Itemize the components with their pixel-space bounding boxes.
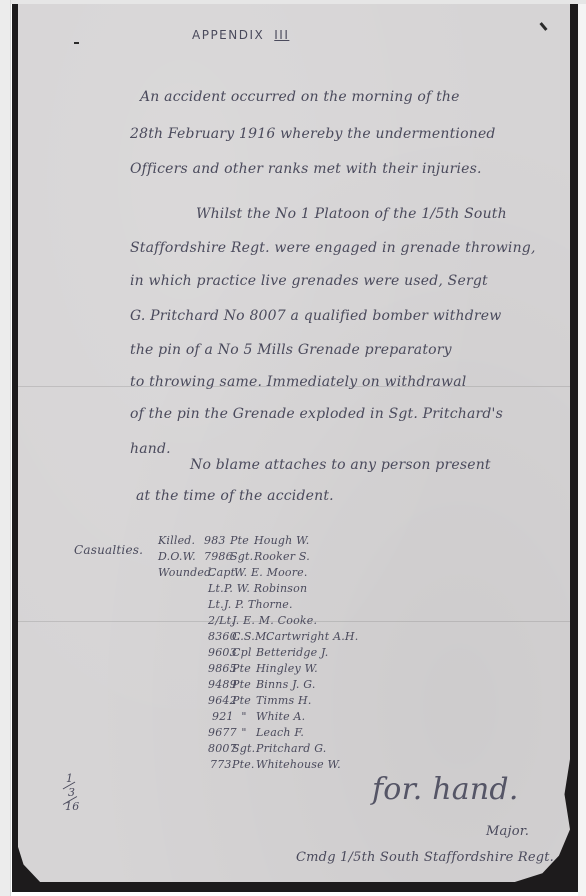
- paragraph-3-line: No blame attaches to any person present: [190, 457, 491, 473]
- paragraph-1-line: Officers and other ranks met with their …: [130, 161, 482, 177]
- casualty-row: 2/Lt.J. E. M. Cooke.: [208, 614, 317, 627]
- casualty-row: 8360.C.S.M.Cartwright A.H.: [208, 630, 358, 643]
- casualties-label: Casualties.: [74, 543, 143, 557]
- paragraph-2-line: the pin of a No 5 Mills Grenade preparat…: [130, 342, 452, 358]
- ink-speck: [539, 22, 547, 31]
- paragraph-2-line: in which practice live grenades were use…: [130, 273, 488, 289]
- paragraph-2-line: hand.: [130, 441, 171, 457]
- document-page: APPENDIXIII An accident occurred on the …: [18, 4, 570, 882]
- casualty-row: 773Pte.Whitehouse W.: [210, 758, 341, 771]
- signature-title: Cmdg 1/5th South Staffordshire Regt.: [296, 850, 554, 865]
- paragraph-1-line: 28th February 1916 whereby the underment…: [130, 126, 496, 142]
- viewer-right-edge: [578, 4, 586, 896]
- casualty-row: Killed.983PteHough W.: [158, 534, 309, 547]
- signature: for. hand.: [372, 772, 519, 807]
- casualty-row: 9677"Leach F.: [208, 726, 304, 739]
- casualty-row: 921"White A.: [212, 710, 305, 723]
- paragraph-2-line: of the pin the Grenade exploded in Sgt. …: [130, 406, 503, 422]
- casualty-row: 8007Sgt.Pritchard G.: [208, 742, 327, 755]
- casualty-row: 9489PteBinns J. G.: [208, 678, 316, 691]
- ink-speck: [74, 42, 79, 44]
- casualty-row: 9603CplBetteridge J.: [208, 646, 328, 659]
- scanned-document-frame: APPENDIXIII An accident occurred on the …: [12, 4, 578, 892]
- casualty-row: Lt.P. W. Robinson: [208, 582, 307, 595]
- paragraph-2-line: Staffordshire Regt. were engaged in gren…: [130, 240, 536, 256]
- paragraph-2-line: G. Pritchard No 8007 a qualified bomber …: [130, 308, 501, 324]
- casualty-row: 9865PteHingley W.: [208, 662, 318, 675]
- casualty-row: Wounded.Capt.W. E. Moore.: [158, 566, 308, 579]
- heading-number: III: [274, 28, 289, 42]
- paragraph-1-line: An accident occurred on the morning of t…: [140, 89, 460, 105]
- viewer-left-edge: [0, 0, 11, 896]
- paragraph-2-line: Whilst the No 1 Platoon of the 1/5th Sou…: [196, 206, 507, 222]
- appendix-heading: APPENDIXIII: [192, 28, 289, 42]
- casualty-row: 9642PteTimms H.: [208, 694, 312, 707]
- paragraph-2-line: to throwing same. Immediately on withdra…: [130, 374, 466, 390]
- casualty-row: Lt.J. P. Thorne.: [208, 598, 293, 611]
- casualty-row: D.O.W.7986Sgt.Rooker S.: [158, 550, 310, 563]
- signature-rank: Major.: [486, 824, 529, 839]
- paragraph-3-line: at the time of the accident.: [136, 488, 334, 504]
- heading-label: APPENDIX: [192, 28, 264, 42]
